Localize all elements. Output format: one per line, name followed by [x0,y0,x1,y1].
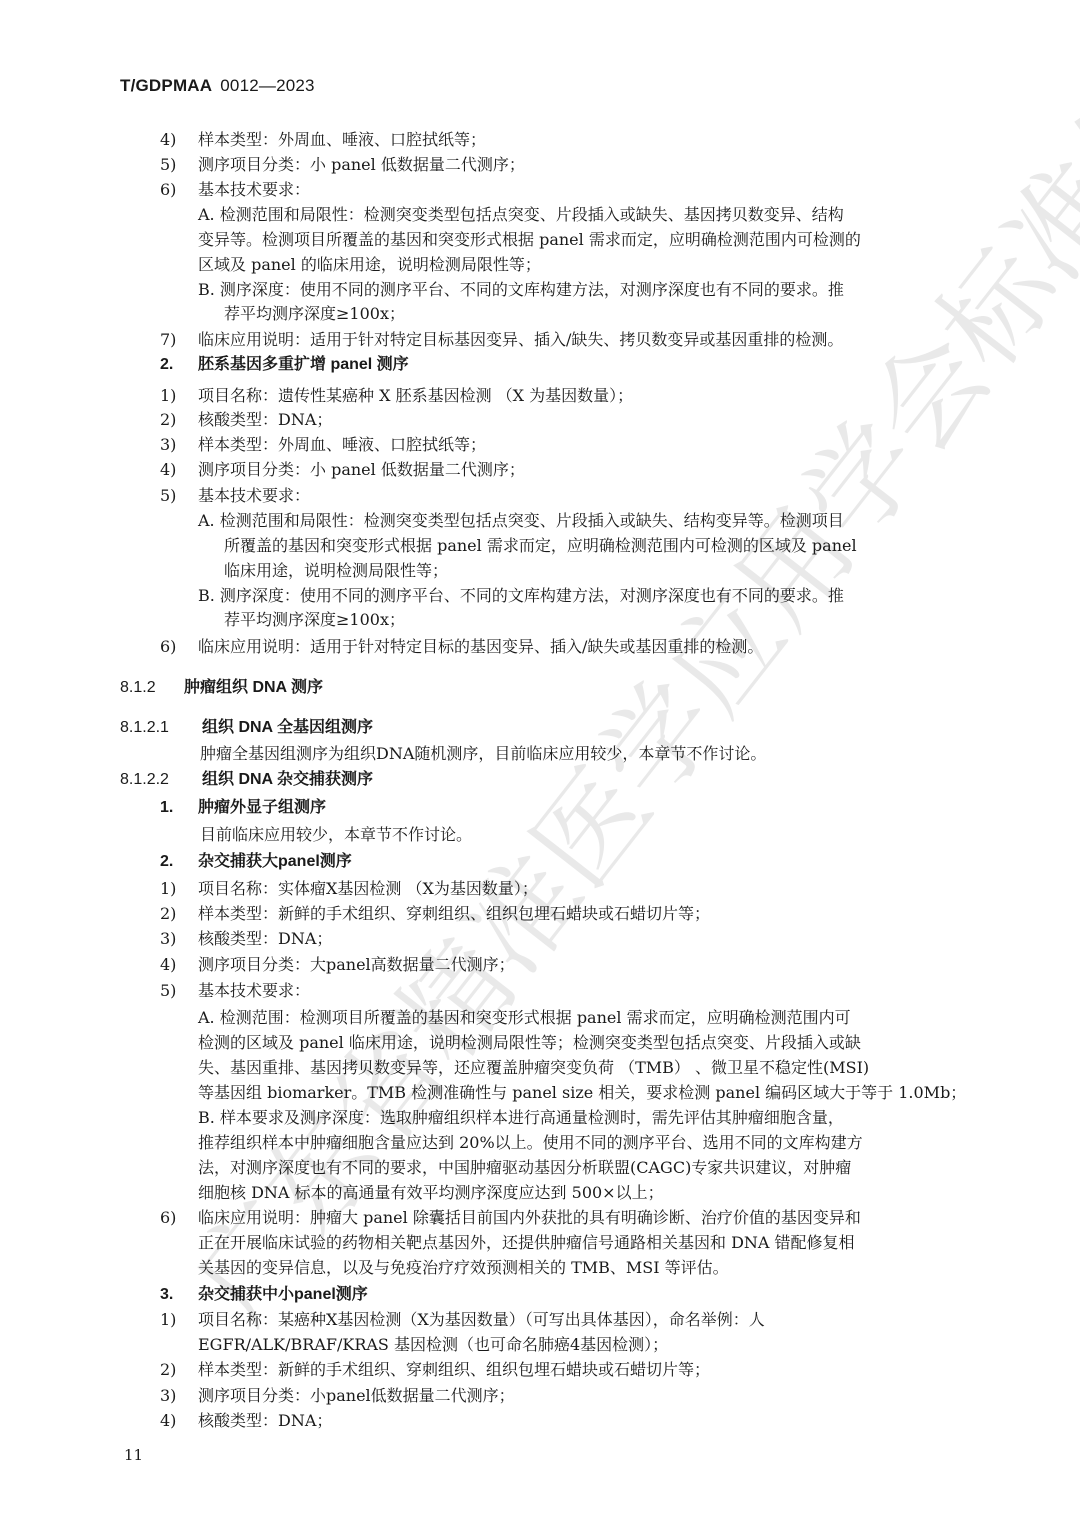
list-item: 4)核酸类型：DNA； [160,1409,332,1433]
item-number: 6) [160,178,198,202]
item-text: 胚系基因多重扩增 panel 测序 [198,356,409,373]
item-text: 样本类型：外周血、唾液、口腔拭纸等； [198,435,486,454]
paragraph-line: 临床用途，说明检测局限性等； [224,559,448,583]
paragraph-line: 目前临床应用较少，本章节不作讨论。 [200,823,472,847]
item-number: 1. [160,796,198,820]
item-number: 2) [160,1358,198,1382]
item-text: 核酸类型：DNA； [198,1411,332,1430]
section-heading-8-1-2-1: 8.1.2.1组织 DNA 全基因组测序 [120,716,373,740]
list-item: 1)项目名称：某癌种X基因检测（X为基因数量）（可写出具体基因），命名举例：人 [160,1308,765,1332]
list-item: 5)基本技术要求： [160,979,310,1003]
item-text: 核酸类型：DNA； [198,410,332,429]
paragraph-line: A. 检测范围：检测项目所覆盖的基因和突变形式根据 panel 需求而定，应明确… [198,1006,851,1030]
item-text: 临床应用说明：适用于针对特定目标的基因变异、插入/缺失或基因重排的检测。 [198,637,763,656]
paragraph-line: 关基因的变异信息，以及与免疫治疗疗效预测相关的 TMB、MSI 等评估。 [198,1256,729,1280]
standard-number: 0012—2023 [220,76,314,95]
item-number: 6) [160,635,198,659]
item-number: 4) [160,458,198,482]
list-item: 5)基本技术要求： [160,484,310,508]
item-number: 2. [160,353,198,377]
list-item: 4)样本类型：外周血、唾液、口腔拭纸等； [160,128,486,152]
list-item: 2)样本类型：新鲜的手术组织、穿刺组织、组织包埋石蜡块或石蜡切片等； [160,902,710,926]
item-number: 2) [160,408,198,432]
standard-code: T/GDPMAA [120,76,212,95]
list-item: 4)测序项目分类：小 panel 低数据量二代测序； [160,458,525,482]
item-number: 4) [160,1409,198,1433]
paragraph-line: 正在开展临床试验的药物相关靶点基因外，还提供肿瘤信号通路相关基因和 DNA 错配… [198,1231,855,1255]
item-number: 3) [160,927,198,951]
item-number: 4) [160,128,198,152]
item-number: 1) [160,384,198,408]
item-text: 测序项目分类：小 panel 低数据量二代测序； [198,460,525,479]
item-number: 4) [160,953,198,977]
list-item: 2)样本类型：新鲜的手术组织、穿刺组织、组织包埋石蜡块或石蜡切片等； [160,1358,710,1382]
item-number: 1) [160,877,198,901]
list-item: 3)测序项目分类：小panel低数据量二代测序； [160,1384,515,1408]
section-heading-8-1-2: 8.1.2肿瘤组织 DNA 测序 [120,676,323,700]
list-item: 3)样本类型：外周血、唾液、口腔拭纸等； [160,433,486,457]
list-item: 6)临床应用说明：肿瘤大 panel 除囊括目前国内外获批的具有明确诊断、治疗价… [160,1206,861,1230]
item-text: 基本技术要求： [198,486,310,505]
paragraph-line: 所覆盖的基因和突变形式根据 panel 需求而定，应明确检测范围内可检测的区域及… [224,534,857,558]
item-text: 项目名称：某癌种X基因检测（X为基因数量）（可写出具体基因），命名举例：人 [198,1310,765,1329]
item-text: 临床应用说明：肿瘤大 panel 除囊括目前国内外获批的具有明确诊断、治疗价值的… [198,1208,861,1227]
list-item: 1)项目名称：实体瘤X基因检测 （X为基因数量）； [160,877,538,901]
paragraph-line: B. 测序深度：使用不同的测序平台、不同的文库构建方法，对测序深度也有不同的要求… [198,278,844,302]
item-text: 基本技术要求： [198,180,310,199]
paragraph-line: A. 检测范围和局限性：检测突变类型包括点突变、片段插入或缺失、结构变异等。检测… [198,509,844,533]
section-title: 组织 DNA 杂交捕获测序 [202,771,373,788]
item-number: 2) [160,902,198,926]
item-number: 7) [160,328,198,352]
paragraph-line: 法，对测序深度也有不同的要求，中国肿瘤驱动基因分析联盟(CAGC)专家共识建议，… [198,1156,851,1180]
section-number: 8.1.2 [120,676,184,700]
paragraph-line: 推荐组织样本中肿瘤细胞含量应达到 20%以上。使用不同的测序平台、选用不同的文库… [198,1131,863,1155]
item-number: 2. [160,850,198,874]
document-header: T/GDPMAA0012—2023 [120,76,315,96]
item-number: 3. [160,1283,198,1307]
paragraph-line: 等基因组 biomarker。TMB 检测准确性与 panel size 相关，… [198,1081,966,1105]
section-number: 8.1.2.1 [120,716,202,740]
item-number: 5) [160,153,198,177]
item-text: 样本类型：新鲜的手术组织、穿刺组织、组织包埋石蜡块或石蜡切片等； [198,1360,710,1379]
list-item: 6)基本技术要求： [160,178,310,202]
subsection-heading: 1.肿瘤外显子组测序 [160,796,326,820]
item-text: 肿瘤外显子组测序 [198,799,326,816]
paragraph-line: EGFR/ALK/BRAF/KRAS 基因检测（也可命名肺癌4基因检测）； [198,1333,668,1357]
section-title: 肿瘤组织 DNA 测序 [184,679,323,696]
page-number: 11 [124,1446,143,1464]
item-text: 样本类型：新鲜的手术组织、穿刺组织、组织包埋石蜡块或石蜡切片等； [198,904,710,923]
subsection-heading: 2.杂交捕获大panel测序 [160,850,352,874]
item-text: 项目名称：遗传性某癌种 X 胚系基因检测 （X 为基因数量）； [198,386,633,405]
subsection-heading: 3.杂交捕获中小panel测序 [160,1283,368,1307]
item-number: 3) [160,1384,198,1408]
paragraph-line: A. 检测范围和局限性：检测突变类型包括点突变、片段插入或缺失、基因拷贝数变异、… [198,203,844,227]
section-number: 8.1.2.2 [120,768,202,792]
list-item: 2)核酸类型：DNA； [160,408,332,432]
item-text: 杂交捕获中小panel测序 [198,1286,368,1303]
section-title: 组织 DNA 全基因组测序 [202,719,373,736]
item-text: 项目名称：实体瘤X基因检测 （X为基因数量）； [198,879,538,898]
item-number: 5) [160,484,198,508]
paragraph-line: 荐平均测序深度≥100x； [224,608,405,632]
item-text: 临床应用说明：适用于针对特定目标基因变异、插入/缺失、拷贝数变异或基因重排的检测… [198,330,843,349]
list-item: 7)临床应用说明：适用于针对特定目标基因变异、插入/缺失、拷贝数变异或基因重排的… [160,328,843,352]
paragraph-line: B. 测序深度：使用不同的测序平台、不同的文库构建方法，对测序深度也有不同的要求… [198,584,844,608]
paragraph-line: 检测的区域及 panel 临床用途，说明检测局限性等；检测突变类型包括点突变、片… [198,1031,861,1055]
item-text: 基本技术要求： [198,981,310,1000]
section-heading-8-1-2-2: 8.1.2.2组织 DNA 杂交捕获测序 [120,768,373,792]
paragraph-line: 变异等。检测项目所覆盖的基因和突变形式根据 panel 需求而定，应明确检测范围… [198,228,861,252]
item-number: 3) [160,433,198,457]
list-item: 4)测序项目分类：大panel高数据量二代测序； [160,953,515,977]
item-text: 测序项目分类：小 panel 低数据量二代测序； [198,155,525,174]
item-number: 5) [160,979,198,1003]
item-text: 测序项目分类：小panel低数据量二代测序； [198,1386,515,1405]
list-item: 3)核酸类型：DNA； [160,927,332,951]
paragraph-line: 细胞核 DNA 标本的高通量有效平均测序深度应达到 500×以上； [198,1181,664,1205]
item-number: 1) [160,1308,198,1332]
paragraph-line: 区域及 panel 的临床用途，说明检测局限性等； [198,253,541,277]
list-item: 6)临床应用说明：适用于针对特定目标的基因变异、插入/缺失或基因重排的检测。 [160,635,763,659]
item-text: 样本类型：外周血、唾液、口腔拭纸等； [198,130,486,149]
item-text: 核酸类型：DNA； [198,929,332,948]
list-item: 5)测序项目分类：小 panel 低数据量二代测序； [160,153,525,177]
subsection-heading: 2.胚系基因多重扩增 panel 测序 [160,353,409,377]
paragraph-line: B. 样本要求及测序深度：选取肿瘤组织样本进行高通量检测时，需先评估其肿瘤细胞含… [198,1106,844,1130]
list-item: 1)项目名称：遗传性某癌种 X 胚系基因检测 （X 为基因数量）； [160,384,633,408]
item-text: 测序项目分类：大panel高数据量二代测序； [198,955,515,974]
paragraph-line: 荐平均测序深度≥100x； [224,302,405,326]
item-number: 6) [160,1206,198,1230]
paragraph-line: 失、基因重排、基因拷贝数变异等，还应覆盖肿瘤突变负荷 （TMB） 、微卫星不稳定… [198,1056,869,1080]
item-text: 杂交捕获大panel测序 [198,853,352,870]
paragraph-line: 肿瘤全基因组测序为组织DNA随机测序，目前临床应用较少，本章节不作讨论。 [200,742,766,766]
